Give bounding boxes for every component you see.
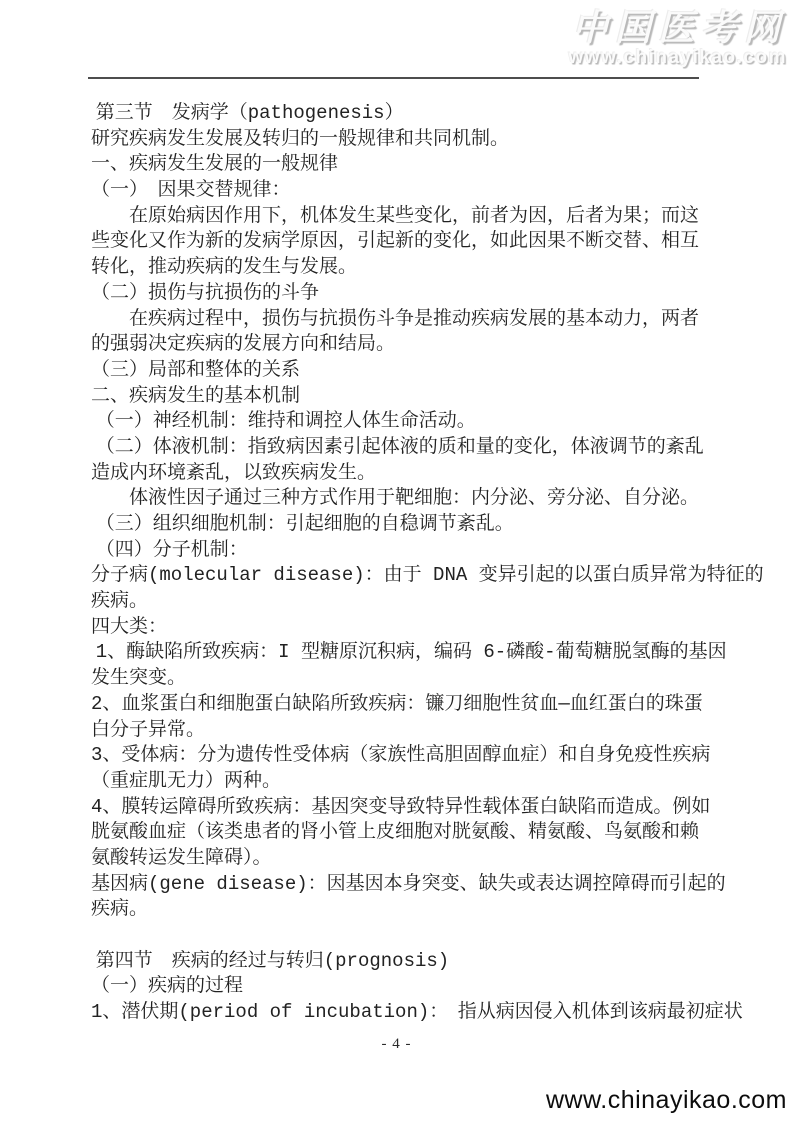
- text-line: 发生突变。: [91, 666, 707, 692]
- text-line: 白分子异常。: [91, 718, 707, 744]
- text-line: 4、膜转运障碍所致疾病：基因突变导致特异性载体蛋白缺陷而造成。例如: [91, 795, 707, 821]
- text-line: （三）组织细胞机制：引起细胞的自稳调节紊乱。: [91, 512, 707, 538]
- text-line: 在疾病过程中，损伤与抗损伤斗争是推动疾病发展的基本动力，两者: [91, 307, 707, 333]
- text-line: （一） 因果交替规律：: [91, 178, 707, 204]
- text-line: 四大类：: [91, 615, 707, 641]
- header-rule: [88, 77, 699, 79]
- text-line: 1、潜伏期(period of incubation)： 指从病因侵入机体到该病…: [91, 1000, 707, 1026]
- text-line: 第四节 疾病的经过与转归(prognosis): [91, 949, 707, 975]
- text-line: 基因病(gene disease)：因基因本身突变、缺失或表达调控障碍而引起的: [91, 872, 707, 898]
- text-line: （二）体液机制：指致病因素引起体液的质和量的变化，体液调节的紊乱: [91, 435, 707, 461]
- text-line: （四）分子机制：: [91, 538, 707, 564]
- site-watermark: 中国医考网 www.chinayikao.com: [569, 8, 787, 68]
- text-line: 疾病。: [91, 897, 707, 923]
- text-line: 氨酸转运发生障碍）。: [91, 846, 707, 872]
- text-line: （一）疾病的过程: [91, 974, 707, 1000]
- text-line: 研究疾病发生发展及转归的一般规律和共同机制。: [91, 127, 707, 153]
- text-line: 1、酶缺陷所致疾病：I 型糖原沉积病，编码 6-磷酸-葡萄糖脱氢酶的基因: [91, 640, 707, 666]
- watermark-site-name: 中国医考网: [569, 8, 787, 48]
- text-line: 二、疾病发生的基本机制: [91, 384, 707, 410]
- text-line: 在原始病因作用下，机体发生某些变化，前者为因，后者为果；而这: [91, 204, 707, 230]
- text-line: 的强弱决定疾病的发展方向和结局。: [91, 332, 707, 358]
- text-line: 一、疾病发生发展的一般规律: [91, 152, 707, 178]
- text-line: 第三节 发病学（pathogenesis）: [91, 101, 707, 127]
- document-body: 第三节 发病学（pathogenesis）研究疾病发生发展及转归的一般规律和共同…: [91, 101, 707, 1026]
- page-number: - 4 -: [0, 1036, 793, 1053]
- document-page: 中国医考网 www.chinayikao.com 第三节 发病学（pathoge…: [0, 0, 793, 1122]
- text-line: 2、血浆蛋白和细胞蛋白缺陷所致疾病：镰刀细胞性贫血—血红蛋白的珠蛋: [91, 692, 707, 718]
- text-line: 疾病。: [91, 589, 707, 615]
- text-line: 胱氨酸血症（该类患者的肾小管上皮细胞对胱氨酸、精氨酸、鸟氨酸和赖: [91, 820, 707, 846]
- text-line: 转化，推动疾病的发生与发展。: [91, 255, 707, 281]
- text-line: 造成内环境紊乱，以致疾病发生。: [91, 461, 707, 487]
- text-line: 些变化又作为新的发病学原因，引起新的变化，如此因果不断交替、相互: [91, 229, 707, 255]
- text-line: （二）损伤与抗损伤的斗争: [91, 281, 707, 307]
- text-line: 分子病(molecular disease)：由于 DNA 变异引起的以蛋白质异…: [91, 563, 707, 589]
- text-line: 体液性因子通过三种方式作用于靶细胞：内分泌、旁分泌、自分泌。: [91, 486, 707, 512]
- text-line: 3、受体病：分为遗传性受体病（家族性高胆固醇血症）和自身免疫性疾病: [91, 743, 707, 769]
- text-line: （一）神经机制：维持和调控人体生命活动。: [91, 409, 707, 435]
- text-line: （重症肌无力）两种。: [91, 769, 707, 795]
- watermark-site-url: www.chinayikao.com: [569, 48, 787, 68]
- footer-site-url: www.chinayikao.com: [546, 1086, 787, 1115]
- text-line: [91, 923, 707, 949]
- text-line: （三）局部和整体的关系: [91, 358, 707, 384]
